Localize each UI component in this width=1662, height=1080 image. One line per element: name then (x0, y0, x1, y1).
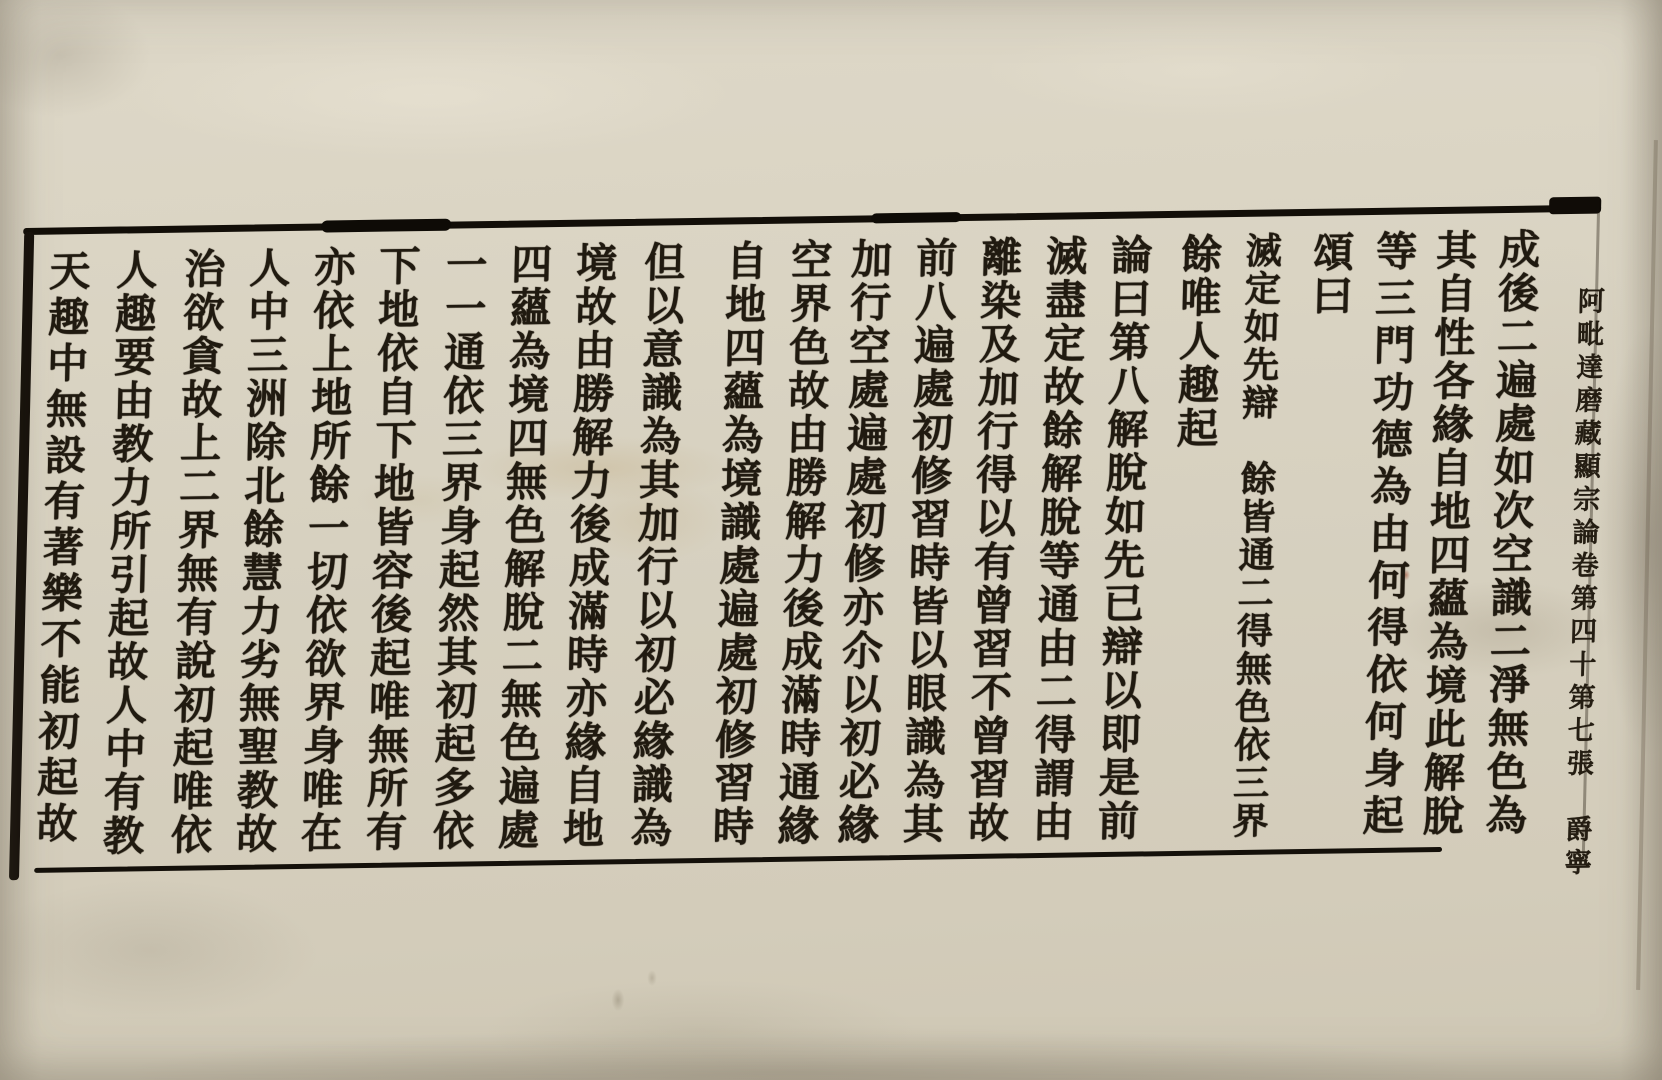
text-column-21: 治欲貪故上二界無有說初起唯依 (166, 247, 221, 857)
paper-edge-crease (1636, 140, 1658, 990)
text-column-9: 離染及加行得以有曾習不曾習故 (963, 235, 1018, 845)
frame-border-top-right-corner (1549, 197, 1601, 215)
frame-border-top-ink-blob (871, 212, 961, 223)
text-column-19: 亦依上地所餘一切依欲界身唯在 (296, 245, 351, 855)
text-column-22: 人趣要由教力所引起故人中有教 (98, 248, 153, 858)
text-column-10: 前八遍處初修習時皆以眼識為其 (898, 236, 953, 846)
text-column-16: 四蘊為境四無色解脫二無色遍處 (493, 242, 548, 852)
text-column-12: 空界色故由勝解力後成滿時通緣 (773, 238, 828, 848)
text-column-4: 頌曰 (1308, 230, 1351, 318)
text-column-5: 滅定如先辯 餘皆通二得無色依三界 (1229, 231, 1279, 840)
text-column-14: 但以意識為其加行以初必緣識為 (626, 240, 681, 850)
text-column-17: 一一通依三界身起然其初起多依 (428, 243, 483, 853)
margin-colophon: 阿毗達磨藏顯宗論卷第四十第七張 爵寧 (1561, 287, 1602, 882)
frame-border-top (23, 205, 1601, 235)
text-column-23: 天趣中無設有著樂不能初起故 (32, 249, 87, 848)
text-column-18: 下地依自下地皆容後起唯無所有 (361, 244, 416, 854)
text-column-3: 等三門功德為由何得依何身起 (1358, 229, 1413, 841)
text-column-1: 成後二遍處如次空識二淨無色為 (1481, 228, 1536, 838)
text-column-13: 自地四蘊為境識處遍處初修習時 (708, 239, 763, 849)
text-column-20: 人中三洲除北餘慧力劣無聖教故 (231, 246, 286, 856)
printed-text-block: 阿毗達磨藏顯宗論卷第四十第七張 爵寧 成後二遍處如次空識二淨無色為 其自性各緣自… (6, 176, 1622, 890)
text-column-7: 論曰第八解脫如先已辯以即是前 (1093, 233, 1148, 843)
text-column-8: 滅盡定故餘解脫等通由二得謂由 (1028, 234, 1083, 844)
frame-border-top-ink-blob (321, 219, 451, 233)
text-column-2: 其自性各緣自地四蘊為境此解脫 (1418, 228, 1473, 838)
text-column-15: 境故由勝解力後成滿時亦緣自地 (558, 241, 613, 851)
manuscript-photo: 阿毗達磨藏顯宗論卷第四十第七張 爵寧 成後二遍處如次空識二淨無色為 其自性各緣自… (0, 0, 1662, 1080)
text-column-11: 加行空處遍處初修亦尒以初必緣 (833, 237, 888, 847)
text-column-6: 餘唯人趣起 (1173, 232, 1219, 450)
